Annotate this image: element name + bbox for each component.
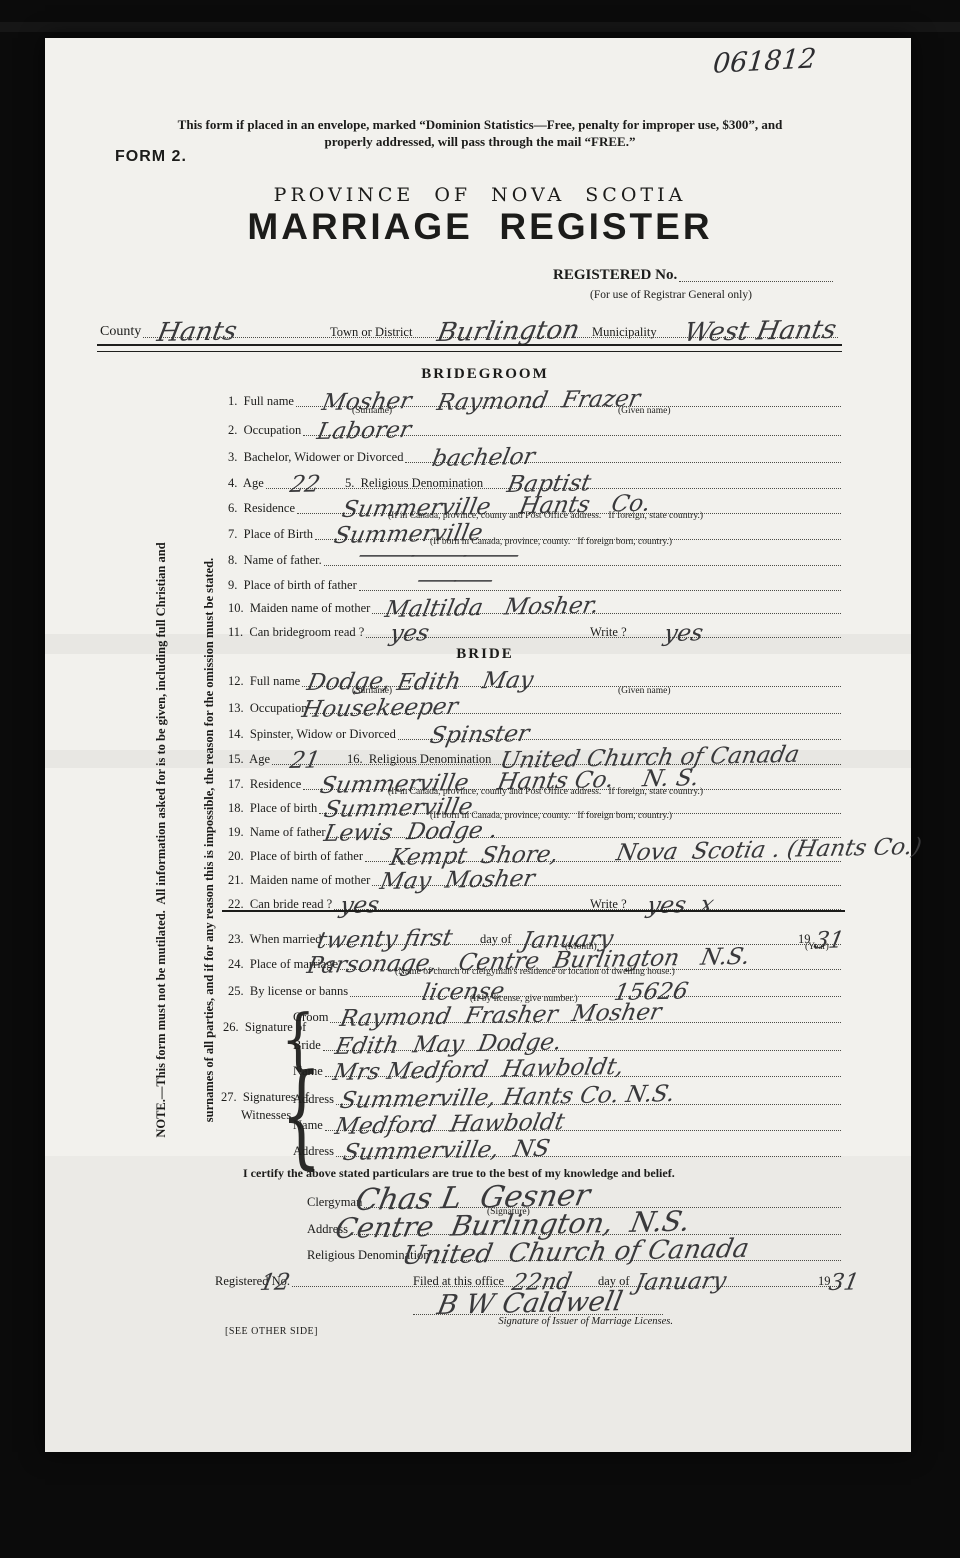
see-other-side-note: [SEE OTHER SIDE] xyxy=(225,1326,318,1337)
given-name-sublabel: (Given name) xyxy=(618,686,671,696)
field-label: 2. Occupation xyxy=(228,423,301,439)
name-label: Name xyxy=(293,1064,323,1080)
handwritten-registered-no: 12 xyxy=(258,1271,292,1295)
handwritten-bride-given: Edith May xyxy=(395,669,535,695)
registered-filed-row: Registered No. Filed at this office day … xyxy=(215,1270,843,1290)
municipality-label: Municipality xyxy=(592,325,657,340)
bride-full-name-row: 12. Full name Dodge, Edith May (Surname)… xyxy=(228,670,843,690)
handwritten-bride-status: Spinster xyxy=(428,723,531,748)
handwritten-groom-given: Raymond Frazer xyxy=(435,388,642,415)
witness1-name-row: Name Mrs Medford Hawboldt, xyxy=(293,1060,843,1080)
license-or-banns-row: 25. By license or banns license 15626 (I… xyxy=(228,980,843,1000)
bride-residence-row: 17. Residence Summerville Hants Co. N. S… xyxy=(228,773,843,793)
witness1-address-row: Address Summerville, Hants Co. N.S. xyxy=(293,1088,843,1108)
handwritten-bride-signature: Edith May Dodge. xyxy=(333,1031,563,1059)
mail-instruction-line1: This form if placed in an envelope, mark… xyxy=(45,116,915,133)
marriage-register-form: 061812 This form if placed in an envelop… xyxy=(45,38,911,1452)
handwritten-denomination: United Church of Canada xyxy=(400,1236,751,1269)
handwritten-groom-read: yes xyxy=(388,622,431,646)
handwritten-bride-write: yes x xyxy=(645,894,716,918)
witness2-address-row: Address Summerville, NS xyxy=(293,1140,843,1160)
handwritten-groom-age: 22 xyxy=(288,473,322,497)
handwritten-groom-status: bachelor xyxy=(430,446,537,471)
groom-occupation-row: 2. Occupation Laborer xyxy=(228,419,843,439)
groom-full-name-row: 1. Full name Mosher Raymond Frazer (Surn… xyxy=(228,390,843,410)
province-heading: PROVINCE OF NOVA SCOTIA xyxy=(45,184,915,206)
groom-signature-row: Groom Raymond Frasher Mosher xyxy=(293,1006,843,1026)
registrar-general-note: (For use of Registrar General only) xyxy=(590,289,752,301)
handwritten-municipality: West Hants xyxy=(682,317,838,346)
address-label: Address xyxy=(293,1092,334,1108)
surname-sublabel: (Surname) xyxy=(352,406,392,416)
side-note: NOTE.—This form must not be mutilated. A… xyxy=(121,514,249,1166)
groom-age-religion-row: 4. Age 5. Religious Denomination 22 Bapt… xyxy=(228,472,843,492)
handwritten-groom-signature: Raymond Frasher Mosher xyxy=(338,1001,663,1031)
handwritten-bride-father: Lewis Dodge . xyxy=(322,819,499,846)
marriage-place-sublabel: (Name of church or clergyman's residence… xyxy=(395,967,675,977)
groom-label: Groom xyxy=(293,1010,328,1026)
handwritten-issuer-signature: B W Caldwell xyxy=(435,1288,625,1319)
town-label: Town or District xyxy=(330,325,412,340)
side-note-line2: surnames of all parties, and if for any … xyxy=(201,514,217,1166)
groom-mother-row: 10. Maiden name of mother Maltilda Moshe… xyxy=(228,597,843,617)
place-of-marriage-row: 24. Place of marriage Parsonage, Centre … xyxy=(228,953,843,973)
county-label: County xyxy=(100,324,141,341)
handwritten-county: Hants xyxy=(155,318,239,346)
handwritten-bride-read: yes xyxy=(338,894,381,918)
handwritten-groom-write: yes xyxy=(662,622,705,646)
year-sublabel: (Year) xyxy=(805,942,829,952)
handwritten-groom-mother: Maltilda Mosher. xyxy=(383,595,601,622)
bride-mother-row: 21. Maiden name of mother May Mosher xyxy=(228,869,843,889)
field-label: 3. Bachelor, Widower or Divorced xyxy=(228,450,403,466)
field-label: 10. Maiden name of mother xyxy=(228,601,370,617)
handwritten-witness1-address: Summerville, Hants Co. N.S. xyxy=(338,1083,677,1113)
handwritten-bride-mother: May Mosher xyxy=(378,868,537,894)
handwritten-stamp-number: 061812 xyxy=(712,43,818,80)
form-number-label: FORM 2. xyxy=(115,148,187,166)
bride-age-religion-row: 15. Age 16. Religious Denomination 21 Un… xyxy=(228,748,843,768)
groom-father-birthplace-row: 9. Place of birth of father —— xyxy=(228,574,843,594)
handwritten-bride-age: 21 xyxy=(288,749,322,773)
field-label: 14. Spinster, Widow or Divorced xyxy=(228,727,396,743)
location-row: County Town or District Municipality Han… xyxy=(100,321,840,341)
handwritten-witness2-name: Medford Hawboldt xyxy=(333,1111,566,1139)
scanned-page: { "stamp": "061812", "header": { "mail_n… xyxy=(0,0,960,1558)
religion-label: 5. Religious Denomination xyxy=(345,476,483,491)
handwritten-witness1-name: Mrs Medford Hawboldt, xyxy=(331,1056,626,1085)
bride-signature-row: Bride Edith May Dodge. xyxy=(293,1034,843,1054)
witness2-name-row: Name Medford Hawboldt xyxy=(293,1114,843,1134)
field-label: 21. Maiden name of mother xyxy=(228,873,370,889)
bridegroom-heading: BRIDEGROOM xyxy=(105,366,865,383)
residence-sublabel: (If in Canada, province, county and Post… xyxy=(388,511,703,521)
religion-label: 16. Religious Denomination xyxy=(347,752,491,767)
bride-occupation-row: 13. Occupation Housekeeper xyxy=(228,697,843,717)
handwritten-marriage-day: twenty first xyxy=(315,927,454,953)
section-divider xyxy=(97,344,842,352)
field-label: 4. Age xyxy=(228,476,264,492)
section-divider xyxy=(222,910,845,912)
groom-literacy-row: 11. Can bridegroom read ? Write ? yes ye… xyxy=(228,621,843,641)
groom-father-row: 8. Name of father. ——— xyxy=(228,549,843,569)
clergyman-address-row: Address Centre Burlington, N.S. xyxy=(307,1218,843,1238)
side-note-line1: NOTE.—This form must not be mutilated. A… xyxy=(153,514,169,1166)
write-label: Write ? xyxy=(590,625,627,640)
handwritten-town: Burlington xyxy=(435,317,582,346)
handwritten-crossout: ——— xyxy=(355,544,515,567)
name-label: Name xyxy=(293,1118,323,1134)
field-label: 1. Full name xyxy=(228,394,294,410)
scan-background-strip xyxy=(0,22,960,32)
address-label: Address xyxy=(293,1144,334,1160)
handwritten-filed-year: 31 xyxy=(827,1271,861,1295)
bride-status-row: 14. Spinster, Widow or Divorced Spinster xyxy=(228,723,843,743)
registered-no-label: REGISTERED No. xyxy=(553,267,677,285)
registered-no-field: REGISTERED No. xyxy=(553,267,835,285)
handwritten-filed-month: January xyxy=(633,1270,728,1295)
dotted-line xyxy=(679,281,833,282)
issuer-signature-line: B W Caldwell xyxy=(413,1294,663,1315)
page-title: MARRIAGE REGISTER xyxy=(45,206,915,248)
handwritten-crossout: —— xyxy=(415,569,490,592)
bride-birthplace-row: 18. Place of birth Summerville (If born … xyxy=(228,797,843,817)
handwritten-groom-occupation: Laborer xyxy=(315,419,413,444)
clergyman-denomination-row: Religious Denomination United Church of … xyxy=(307,1244,843,1264)
groom-status-row: 3. Bachelor, Widower or Divorced bachelo… xyxy=(228,446,843,466)
given-name-sublabel: (Given name) xyxy=(618,406,671,416)
issuer-caption: Signature of Issuer of Marriage Licenses… xyxy=(413,1316,673,1327)
groom-residence-row: 6. Residence Summerville Hants Co. (If i… xyxy=(228,497,843,517)
day-of-label: day of xyxy=(480,932,512,947)
certification-statement: I certify the above stated particulars a… xyxy=(243,1166,675,1181)
handwritten-witness2-address: Summerville, NS xyxy=(341,1138,552,1165)
bride-father-birthplace-row: 20. Place of birth of father Kempt Shore… xyxy=(228,845,843,865)
filed-label: Filed at this office xyxy=(413,1274,504,1289)
groom-birthplace-row: 7. Place of Birth Summerville (If born i… xyxy=(228,523,843,543)
handwritten-bride-occupation: Housekeeper xyxy=(300,696,460,722)
